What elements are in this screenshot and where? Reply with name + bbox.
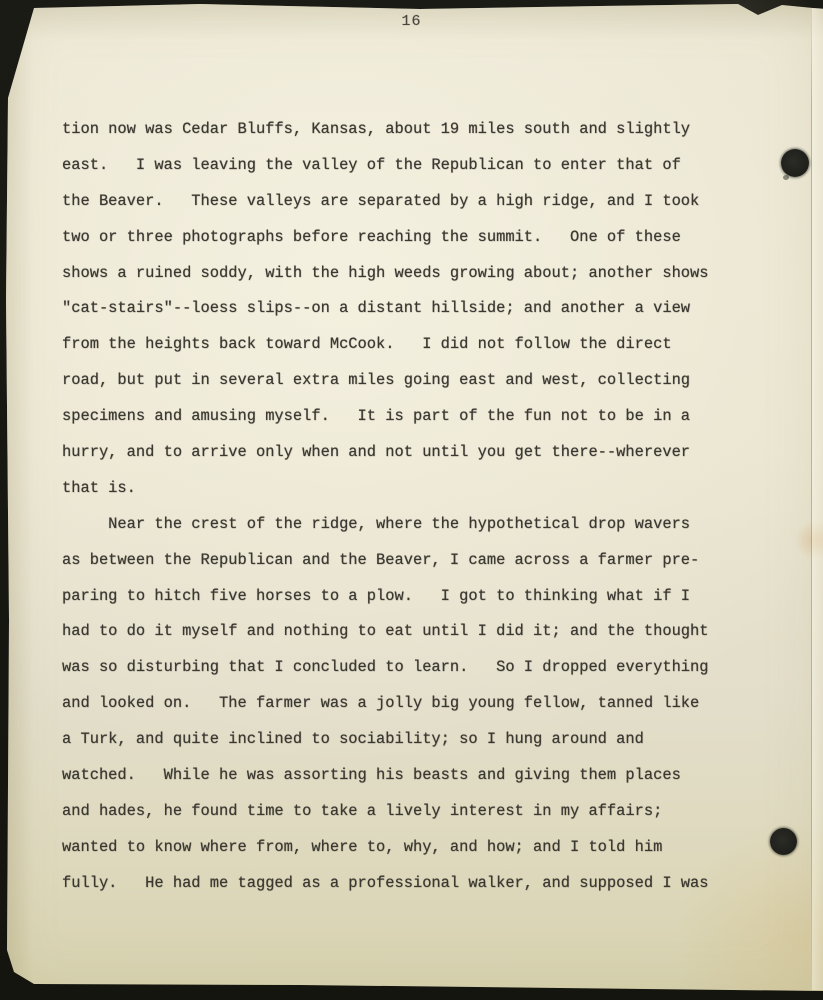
ink-dot-top [781,149,809,177]
page-edge-strip [812,8,823,990]
text-line: two or three photographs before reaching… [62,220,782,256]
text-line: and looked on. The farmer was a jolly bi… [62,686,782,722]
text-line: specimens and amusing myself. It is part… [62,399,782,435]
page-number: 16 [0,13,823,30]
text-line: had to do it myself and nothing to eat u… [62,614,782,650]
text-line: that is. [62,471,782,507]
text-line: and hades, he found time to take a livel… [62,794,782,830]
ink-smudge [783,175,789,180]
text-line: paring to hitch five horses to a plow. I… [62,579,782,615]
text-line: fully. He had me tagged as a professiona… [62,866,782,902]
text-line: east. I was leaving the valley of the Re… [62,148,782,184]
text-line: wanted to know where from, where to, why… [62,830,782,866]
text-line: watched. While he was assorting his beas… [62,758,782,794]
text-line: tion now was Cedar Bluffs, Kansas, about… [62,112,782,148]
text-line: road, but put in several extra miles goi… [62,363,782,399]
text-line: shows a ruined soddy, with the high weed… [62,256,782,292]
text-line: as between the Republican and the Beaver… [62,543,782,579]
typewritten-text-block: tion now was Cedar Bluffs, Kansas, about… [62,112,782,902]
text-line: a Turk, and quite inclined to sociabilit… [62,722,782,758]
ink-dot-bottom [770,828,797,855]
text-line: hurry, and to arrive only when and not u… [62,435,782,471]
text-line: Near the crest of the ridge, where the h… [62,507,782,543]
text-line: from the heights back toward McCook. I d… [62,327,782,363]
scanned-document-page: 16 tion now was Cedar Bluffs, Kansas, ab… [0,0,823,1000]
text-line: "cat-stairs"--loess slips--on a distant … [62,291,782,327]
text-line: was so disturbing that I concluded to le… [62,650,782,686]
text-line: the Beaver. These valleys are separated … [62,184,782,220]
